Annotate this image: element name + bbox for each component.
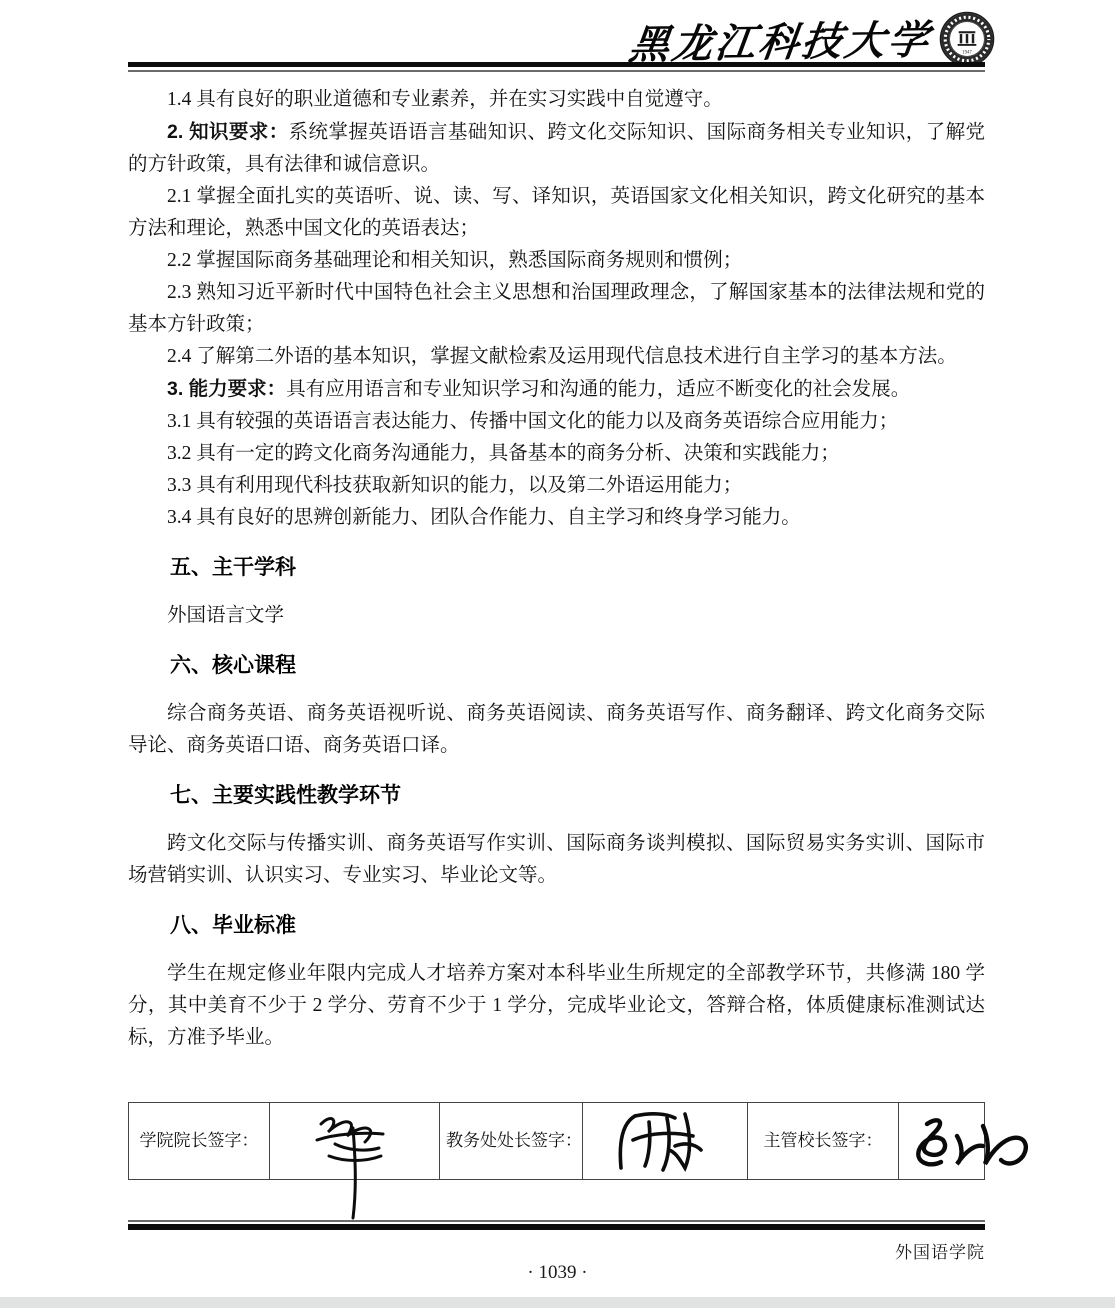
signature-table: 学院院长签字： 教务处处长签字：: [128, 1102, 985, 1180]
paragraph-2: 2. 知识要求：系统掌握英语语言基础知识、跨文化交际知识、国际商务相关专业知识，…: [128, 116, 985, 181]
page-number: · 1039 ·: [0, 1262, 1115, 1284]
paragraph-core-courses: 综合商务英语、商务英语视听说、商务英语阅读、商务英语写作、商务翻译、跨文化商务交…: [128, 698, 985, 762]
dean-signature-label: 学院院长签字：: [129, 1103, 270, 1180]
section-heading-5: 五、主干学科: [128, 555, 985, 581]
header-rule: [128, 62, 985, 72]
president-signature-image: [905, 1106, 1045, 1176]
dean-signature-image: [295, 1106, 415, 1176]
paragraph-3-4: 3.4 具有良好的思辨创新能力、团队合作能力、自主学习和终身学习能力。: [128, 502, 985, 534]
president-signature-cell: [899, 1103, 985, 1180]
paragraph-2-3: 2.3 熟知习近平新时代中国特色社会主义思想和治国理政理念，了解国家基本的法律法…: [128, 277, 985, 341]
section-heading-6: 六、核心课程: [128, 653, 985, 679]
footer-rule: [128, 1220, 985, 1230]
paragraph-3-3: 3.3 具有利用现代科技获取新知识的能力，以及第二外语运用能力；: [128, 470, 985, 502]
footer-rule-thick: [128, 1224, 985, 1230]
paragraph-3-bold-label: 3. 能力要求：: [167, 378, 286, 400]
section-heading-7: 七、主要实践性教学环节: [128, 783, 985, 809]
paragraph-3-1: 3.1 具有较强的英语语言表达能力、传播中国文化的能力以及商务英语综合应用能力；: [128, 406, 985, 438]
window-bottom-strip: [0, 1297, 1115, 1308]
document-page: 黑龙江科技大学 1947 1.4 具有良好的职业道德和专业素养，并在实习实践中自…: [0, 0, 1115, 1308]
dean-signature-cell: [270, 1103, 440, 1180]
university-brand: 黑龙江科技大学 1947: [630, 10, 995, 68]
document-body: 1.4 具有良好的职业道德和专业素养，并在实习实践中自觉遵守。 2. 知识要求：…: [128, 84, 985, 1180]
paragraph-practical-teaching: 跨文化交际与传播实训、商务英语写作实训、国际商务谈判模拟、国际贸易实务实训、国际…: [128, 828, 985, 892]
registrar-signature-cell: [583, 1103, 748, 1180]
university-name-logotype: 黑龙江科技大学: [626, 8, 935, 70]
paragraph-2-1: 2.1 掌握全面扎实的英语听、说、读、写、译知识，英语国家文化相关知识，跨文化研…: [128, 181, 985, 245]
paragraph-3-text: 具有应用语言和专业知识学习和沟通的能力，适应不断变化的社会发展。: [286, 379, 910, 400]
registrar-signature-image: [605, 1106, 725, 1176]
university-seal-icon: 1947: [939, 11, 995, 67]
president-signature-label: 主管校长签字：: [748, 1103, 899, 1180]
registrar-signature-label: 教务处处长签字：: [440, 1103, 583, 1180]
paragraph-graduation-standard: 学生在规定修业年限内完成人才培养方案对本科毕业生所规定的全部教学环节，共修满 1…: [128, 958, 985, 1054]
seal-year: 1947: [962, 51, 972, 56]
paragraph-main-discipline: 外国语言文学: [128, 600, 985, 632]
paragraph-2-2: 2.2 掌握国际商务基础理论和相关知识，熟悉国际商务规则和惯例；: [128, 245, 985, 277]
section-heading-8: 八、毕业标准: [128, 913, 985, 939]
paragraph-2-bold-label: 2. 知识要求：: [167, 121, 289, 143]
signature-table-row: 学院院长签字： 教务处处长签字：: [129, 1103, 985, 1180]
footer-department: 外国语学院: [895, 1238, 985, 1263]
paragraph-1-4: 1.4 具有良好的职业道德和专业素养，并在实习实践中自觉遵守。: [128, 84, 985, 116]
paragraph-3-2: 3.2 具有一定的跨文化商务沟通能力，具备基本的商务分析、决策和实践能力；: [128, 438, 985, 470]
paragraph-2-4: 2.4 了解第二外语的基本知识，掌握文献检索及运用现代信息技术进行自主学习的基本…: [128, 341, 985, 373]
header-rule-thin: [128, 70, 985, 72]
paragraph-3: 3. 能力要求：具有应用语言和专业知识学习和沟通的能力，适应不断变化的社会发展。: [128, 373, 985, 406]
